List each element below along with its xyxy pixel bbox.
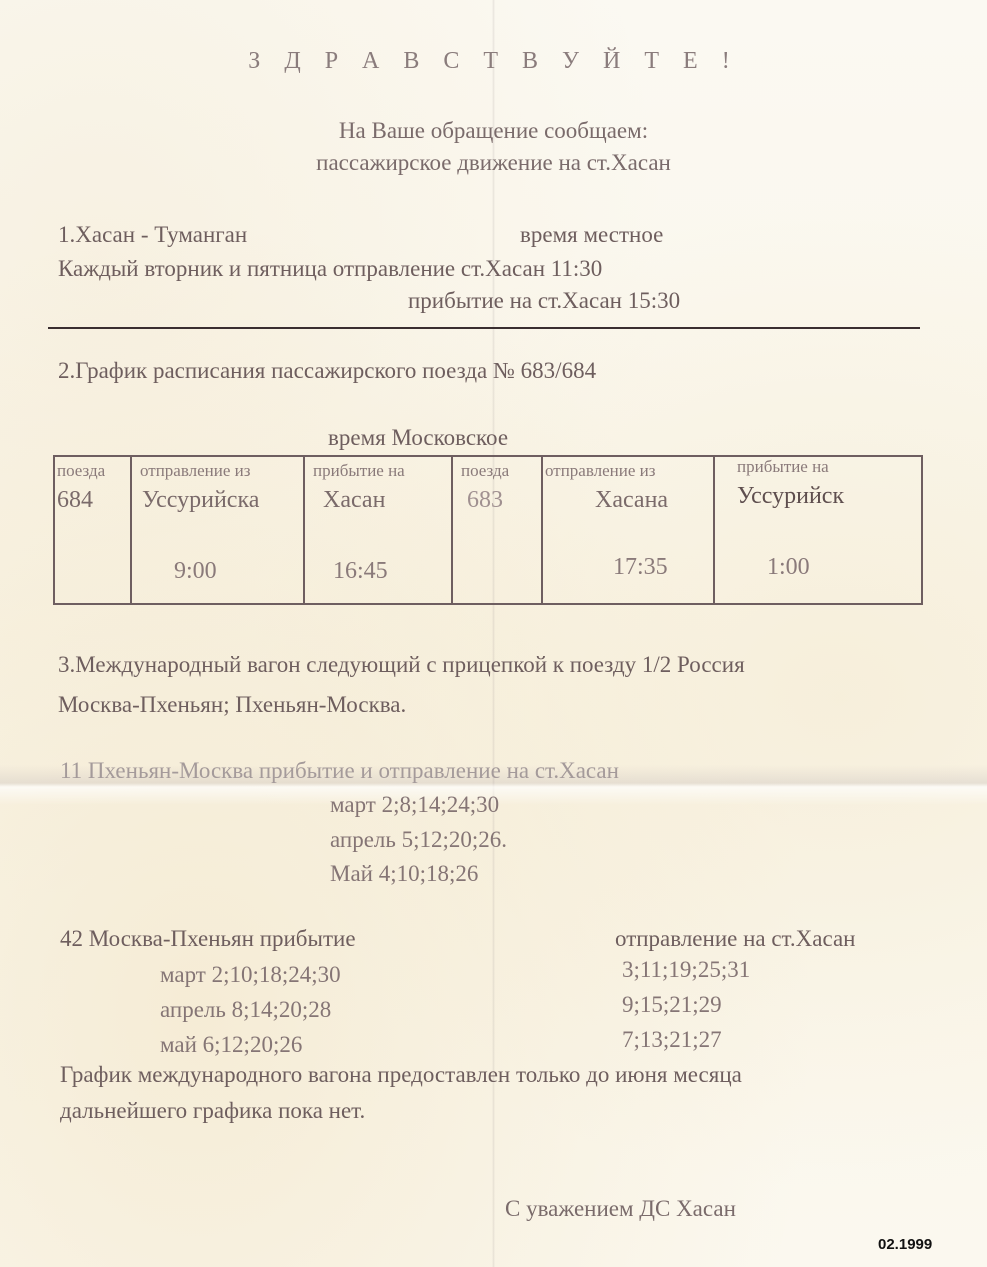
note-line-1: График международного вагона предоставле… — [60, 1062, 742, 1088]
column-header: прибытие на — [715, 457, 921, 477]
section1-route: 1.Хасан - Туманган — [58, 222, 247, 248]
column-header: поезда — [55, 457, 130, 481]
station-name: Уссурийск — [737, 483, 921, 510]
date-stamp: 02.1999 — [878, 1236, 932, 1253]
train-number: 683 — [467, 487, 541, 514]
train11-dates-may: Май 4;10;18;26 — [330, 861, 478, 887]
intro-line-1: На Ваше обращение сообщаем: — [0, 118, 987, 144]
section1-time-zone: время местное — [520, 222, 663, 248]
train-number: 684 — [57, 487, 130, 514]
note-line-2: дальнейшего графика пока нет. — [60, 1098, 365, 1124]
arrival-ussuriysk-cell: прибытие на Уссурийск 1:00 — [714, 456, 922, 604]
column-header: поезда — [453, 457, 541, 481]
column-header: отправление из — [132, 457, 303, 481]
station-name: Хасан — [323, 487, 451, 514]
column-header: отправление из — [543, 457, 713, 481]
train42-arrivals-april: апрель 8;14;20;28 — [160, 997, 331, 1023]
intro-line-2: пассажирское движение на ст.Хасан — [0, 150, 987, 176]
train11-title: 11 Пхеньян-Москва прибытие и отправление… — [60, 758, 619, 784]
train-683-cell: поезда 683 — [452, 456, 542, 604]
section3-line-2: Москва-Пхеньян; Пхеньян-Москва. — [58, 692, 406, 718]
train42-title: 42 Москва-Пхеньян прибытие — [60, 926, 356, 952]
table-row: поезда 684 отправление из Уссурийска 9:0… — [54, 456, 922, 604]
departure-time: 17:35 — [613, 554, 668, 581]
train11-dates-march: март 2;8;14;24;30 — [330, 792, 499, 818]
section-divider — [48, 327, 920, 329]
greeting-heading: З Д Р А В С Т В У Й Т Е ! — [0, 48, 987, 75]
section1-departure: Каждый вторник и пятница отправление ст.… — [58, 256, 602, 282]
schedule-table: поезда 684 отправление из Уссурийска 9:0… — [53, 455, 923, 605]
train11-dates-april: апрель 5;12;20;26. — [330, 827, 507, 853]
train-684-cell: поезда 684 — [54, 456, 131, 604]
section2-title: 2.График расписания пассажирского поезда… — [58, 358, 596, 384]
departure-khasan-cell: отправление из Хасана 17:35 — [542, 456, 714, 604]
arrival-khasan-cell: прибытие на Хасан 16:45 — [304, 456, 452, 604]
column-header: прибытие на — [305, 457, 451, 481]
arrival-time: 16:45 — [333, 558, 388, 585]
station-name: Хасана — [595, 487, 713, 514]
signature: С уважением ДС Хасан — [505, 1196, 736, 1222]
train42-departures-may: 7;13;21;27 — [622, 1027, 722, 1053]
train42-departures-april: 9;15;21;29 — [622, 992, 722, 1018]
departure-time: 9:00 — [174, 558, 217, 585]
train42-arrivals-march: март 2;10;18;24;30 — [160, 962, 341, 988]
arrival-time: 1:00 — [767, 554, 810, 581]
train42-arrivals-may: май 6;12;20;26 — [160, 1032, 302, 1058]
departure-ussuriysk-cell: отправление из Уссурийска 9:00 — [131, 456, 304, 604]
section2-time-zone: время Московское — [328, 425, 508, 451]
section1-arrival: прибытие на ст.Хасан 15:30 — [408, 288, 680, 314]
section3-line-1: 3.Международный вагон следующий с прицеп… — [58, 652, 745, 678]
train42-departure-title: отправление на ст.Хасан — [615, 926, 855, 952]
station-name: Уссурийска — [142, 487, 303, 514]
train42-departures-march: 3;11;19;25;31 — [622, 957, 750, 983]
